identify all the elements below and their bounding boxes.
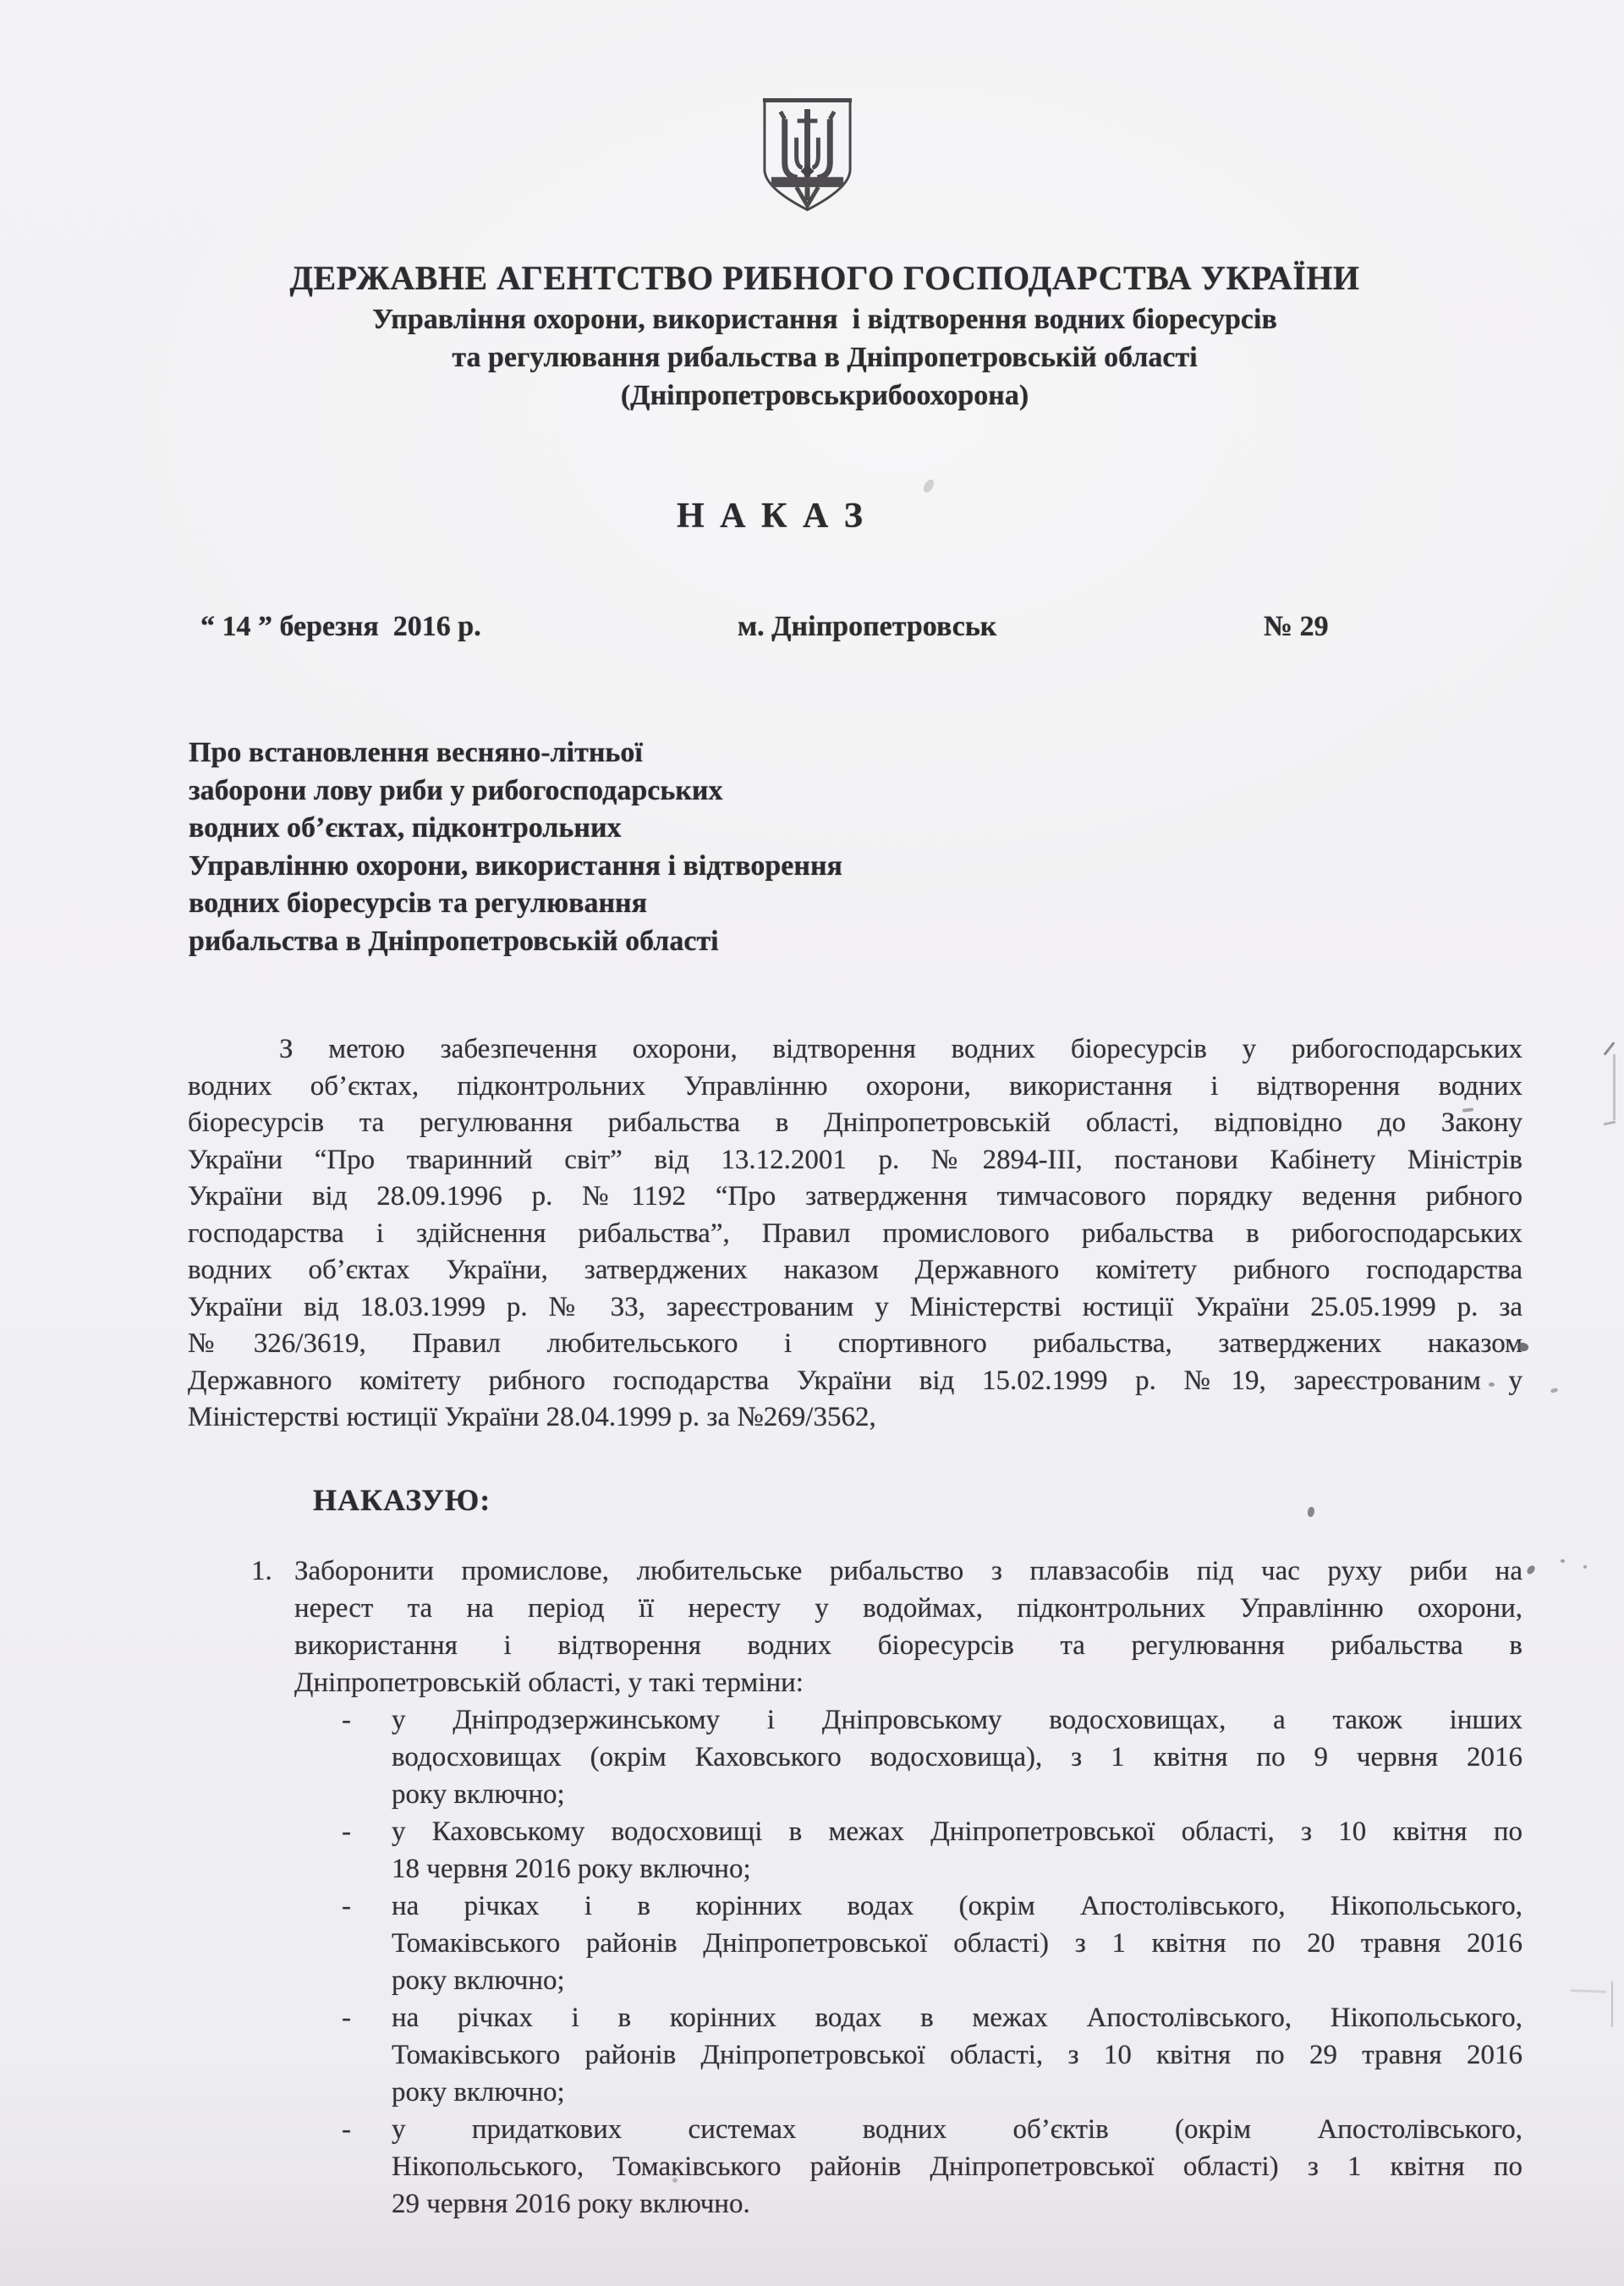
item-number: 1. bbox=[251, 1552, 272, 1590]
item-line: використання і відтворення водних біорес… bbox=[294, 1627, 1522, 1664]
scan-artifact bbox=[1611, 1981, 1613, 2027]
preamble-line: Міністерстві юстиції України 28.04.1999 … bbox=[188, 1399, 1522, 1437]
list-item: - у Каховському водосховищі в межах Дніп… bbox=[342, 1813, 1522, 1888]
bullet-text: у Каховському водосховищі в межах Дніпро… bbox=[392, 1813, 1522, 1888]
bullet-dash: - bbox=[342, 2111, 392, 2148]
department-name-line1: Управління охорони, використання і відтв… bbox=[25, 300, 1624, 338]
letterhead: ДЕРЖАВНЕ АГЕНТСТВО РИБНОГО ГОСПОДАРСТВА … bbox=[25, 256, 1624, 415]
scan-artifact bbox=[1583, 1565, 1587, 1569]
scan-artifact bbox=[1571, 1989, 1606, 1992]
scan-artifact bbox=[1526, 1564, 1536, 1575]
preamble-line: №326/3619, Правил любительського і спорт… bbox=[188, 1326, 1522, 1363]
order-heading: НАКАЗУЮ: bbox=[313, 1482, 491, 1518]
bullet-text: у придаткових системах водних об’єктів (… bbox=[392, 2111, 1522, 2223]
department-short-name: (Дніпропетровськрибоохорона) bbox=[25, 376, 1624, 415]
document-date: “ 14 ” березня 2016 р. bbox=[200, 611, 481, 643]
subject-line: рибальства в Дніпропетровській області bbox=[189, 923, 842, 961]
bullet-text: у Дніпродзержинському і Дніпровському во… bbox=[392, 1701, 1522, 1813]
ukraine-trident-emblem-icon bbox=[757, 94, 858, 215]
scan-artifact bbox=[1613, 1054, 1616, 1120]
subject-line: заборони лову риби у рибогосподарських bbox=[189, 772, 842, 811]
bullet-dash: - bbox=[342, 1813, 392, 1850]
list-item: - у Дніпродзержинському і Дніпровському … bbox=[342, 1701, 1522, 1813]
document-title: Н А К А З bbox=[0, 496, 1543, 536]
bullet-line: водосховищах (окрім Каховського водосхов… bbox=[392, 1739, 1522, 1776]
preamble-paragraph: З метою забезпечення охорони, відтворенн… bbox=[188, 1031, 1522, 1437]
bullet-line: року включно; bbox=[392, 1962, 1522, 1999]
ban-periods-list: - у Дніпродзержинському і Дніпровському … bbox=[342, 1701, 1522, 2223]
bullet-line: 29 червня 2016 року включно. bbox=[392, 2185, 1522, 2223]
bullet-dash: - bbox=[342, 1701, 392, 1739]
preamble-line: водних об’єктах, підконтрольних Управлін… bbox=[188, 1069, 1522, 1106]
preamble-line: З метою забезпечення охорони, відтворенн… bbox=[188, 1031, 1522, 1069]
bullet-line: Нікопольського, Томаківського районів Дн… bbox=[392, 2148, 1522, 2185]
document-page: ДЕРЖАВНЕ АГЕНТСТВО РИБНОГО ГОСПОДАРСТВА … bbox=[0, 0, 1624, 2286]
subject-line: Про встановлення весняно-літньої bbox=[189, 734, 842, 772]
preamble-line: водних об’єктах України, затверджених на… bbox=[188, 1252, 1522, 1289]
bullet-dash: - bbox=[342, 1888, 392, 1925]
list-item: - на річках і в корінних водах (окрім Ап… bbox=[342, 1888, 1522, 1999]
bullet-line: 18 червня 2016 року включно; bbox=[392, 1850, 1522, 1888]
scan-artifact bbox=[1604, 1121, 1616, 1126]
item-line: нерест та на період її нересту у водойма… bbox=[294, 1590, 1522, 1627]
preamble-line: господарства і здійснення рибальства”, П… bbox=[188, 1216, 1522, 1253]
bullet-line: року включно; bbox=[392, 2074, 1522, 2111]
department-name-line2: та регулювання рибальства в Дніпропетров… bbox=[25, 338, 1624, 376]
preamble-line: України від 28.09.1996 р. №1192 “Про зат… bbox=[188, 1179, 1522, 1216]
document-city: м. Дніпропетровськ bbox=[738, 611, 996, 643]
scan-artifact bbox=[1550, 1388, 1559, 1393]
preamble-line: України “Про тваринний світ” від 13.12.2… bbox=[188, 1142, 1522, 1179]
bullet-dash: - bbox=[342, 1999, 392, 2036]
bullet-line: у придаткових системах водних об’єктів (… bbox=[392, 2111, 1522, 2148]
subject-line: водних об’єктах, підконтрольних bbox=[189, 810, 842, 848]
bullet-line: року включно; bbox=[392, 1776, 1522, 1813]
scan-artifact bbox=[1307, 1506, 1315, 1517]
bullet-text: на річках і в корінних водах (окрім Апос… bbox=[392, 1888, 1522, 1999]
item-line: Дніпропетровській області, у такі термін… bbox=[294, 1664, 1522, 1701]
bullet-line: у Дніпродзержинському і Дніпровському во… bbox=[392, 1701, 1522, 1739]
item-line: Заборонити промислове, любительське риба… bbox=[294, 1552, 1522, 1590]
subject-line: водних біоресурсів та регулювання bbox=[189, 885, 842, 923]
agency-name: ДЕРЖАВНЕ АГЕНТСТВО РИБНОГО ГОСПОДАРСТВА … bbox=[25, 256, 1624, 300]
preamble-line: біоресурсів та регулювання рибальства в … bbox=[188, 1105, 1522, 1142]
scan-artifact bbox=[1603, 1041, 1615, 1056]
document-number: № 29 bbox=[1264, 611, 1329, 643]
bullet-line: на річках і в корінних водах в межах Апо… bbox=[392, 1999, 1522, 2036]
bullet-line: Томаківського районів Дніпропетровської … bbox=[392, 1925, 1522, 1962]
preamble-line: України від 18.03.1999 р. № 33, зареєстр… bbox=[188, 1289, 1522, 1327]
list-item: - у придаткових системах водних об’єктів… bbox=[342, 2111, 1522, 2223]
subject-line: Управлінню охорони, використання і відтв… bbox=[189, 848, 842, 886]
preamble-line: Державного комітету рибного господарства… bbox=[188, 1363, 1522, 1400]
scan-artifact bbox=[1561, 1559, 1565, 1563]
bullet-line: у Каховському водосховищі в межах Дніпро… bbox=[392, 1813, 1522, 1850]
bullet-text: на річках і в корінних водах в межах Апо… bbox=[392, 1999, 1522, 2111]
bullet-line: Томаківського районів Дніпропетровської … bbox=[392, 2036, 1522, 2074]
list-item: - на річках і в корінних водах в межах А… bbox=[342, 1999, 1522, 2111]
scan-artifact bbox=[921, 478, 935, 495]
subject-block: Про встановлення весняно-літньої заборон… bbox=[189, 734, 842, 960]
bullet-line: на річках і в корінних водах (окрім Апос… bbox=[392, 1888, 1522, 1925]
item-text: Заборонити промислове, любительське риба… bbox=[294, 1552, 1522, 1701]
